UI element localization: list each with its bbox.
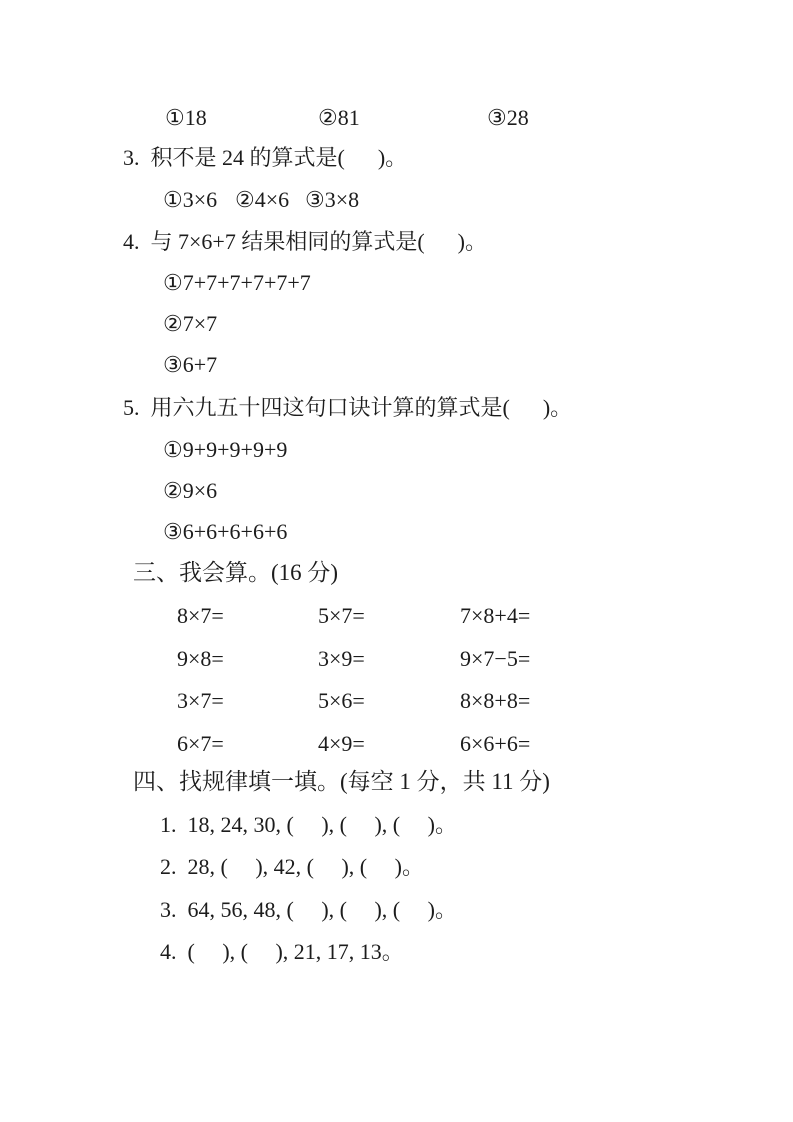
calc-problem-r4c1: 6×7=	[177, 731, 224, 757]
calc-problem-r3c2: 5×6=	[318, 688, 365, 714]
calc-problem-r1c2: 5×7=	[318, 603, 365, 629]
q5-option-1: ①9+9+9+9+9	[163, 437, 287, 463]
q4-option-2: ②7×7	[163, 311, 217, 337]
calc-problem-r2c1: 9×8=	[177, 646, 224, 672]
section-four-heading: 四、找规律填一填。(每空 1 分，共 11 分)	[133, 769, 550, 795]
q3-option-3: ③3×8	[305, 187, 359, 213]
q4-option-1: ①7+7+7+7+7+7	[163, 270, 311, 296]
calc-problem-r4c2: 4×9=	[318, 731, 365, 757]
q3-option-1: ①3×6	[163, 187, 217, 213]
pattern-item-1: 1. 18, 24, 30, ( ), ( ), ( )。	[160, 812, 457, 838]
calc-problem-r2c3: 9×7−5=	[460, 646, 530, 672]
calc-problem-r1c3: 7×8+4=	[460, 603, 530, 629]
q4-stem: 4. 与 7×6+7 结果相同的算式是( )。	[123, 229, 487, 255]
q2-option-1: ①18	[165, 105, 207, 131]
q5-option-2: ②9×6	[163, 478, 217, 504]
pattern-item-2: 2. 28, ( ), 42, ( ), ( )。	[160, 854, 424, 880]
worksheet-page: ①18 ②81 ③28 3. 积不是 24 的算式是( )。 ①3×6 ②4×6…	[0, 0, 793, 1122]
q2-option-2: ②81	[318, 105, 360, 131]
calc-problem-r2c2: 3×9=	[318, 646, 365, 672]
calc-problem-r4c3: 6×6+6=	[460, 731, 530, 757]
pattern-item-4: 4. ( ), ( ), 21, 17, 13。	[160, 939, 404, 965]
calc-problem-r3c3: 8×8+8=	[460, 688, 530, 714]
q5-stem: 5. 用六九五十四这句口诀计算的算式是( )。	[123, 395, 572, 421]
pattern-item-3: 3. 64, 56, 48, ( ), ( ), ( )。	[160, 897, 457, 923]
q4-option-3: ③6+7	[163, 352, 217, 378]
q3-option-2: ②4×6	[235, 187, 289, 213]
q5-option-3: ③6+6+6+6+6	[163, 519, 287, 545]
q2-option-3: ③28	[487, 105, 529, 131]
calc-problem-r1c1: 8×7=	[177, 603, 224, 629]
q3-stem: 3. 积不是 24 的算式是( )。	[123, 145, 407, 171]
section-three-heading: 三、我会算。(16 分)	[133, 560, 338, 586]
calc-problem-r3c1: 3×7=	[177, 688, 224, 714]
